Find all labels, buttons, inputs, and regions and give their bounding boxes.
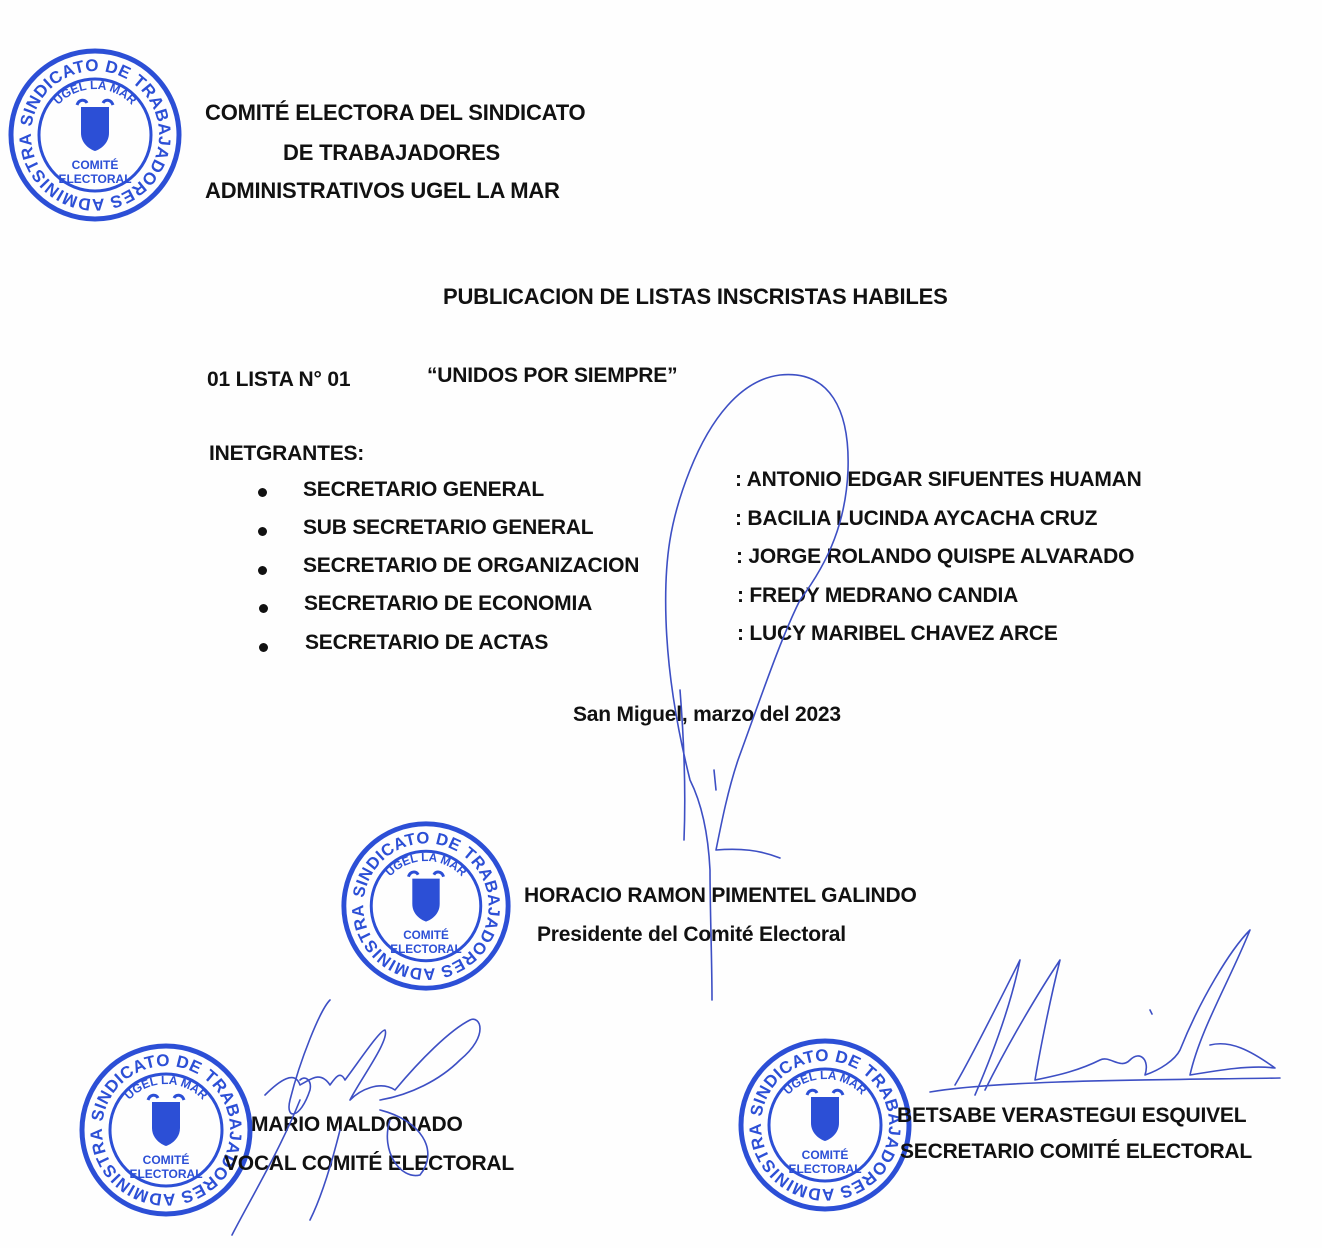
union-stamp-icon: SINDICATO DE TRABAJADORES ADMINISTRATIVO…	[338, 818, 514, 994]
member-role: SECRETARIO DE ORGANIZACION	[303, 554, 639, 578]
list-number: 01 LISTA N° 01	[207, 368, 350, 392]
header-line-2: DE TRABAJADORES	[283, 140, 500, 166]
member-name: : BACILIA LUCINDA AYCACHA CRUZ	[735, 507, 1097, 531]
secretary-name: BETSABE VERASTEGUI ESQUIVEL	[897, 1104, 1246, 1128]
svg-text:ELECTORAL: ELECTORAL	[390, 943, 461, 956]
vocal-title: VOCAL COMITÉ ELECTORAL	[224, 1152, 514, 1176]
svg-text:ELECTORAL: ELECTORAL	[788, 1162, 861, 1176]
document-page: SINDICATO DE TRABAJADORES ADMINISTRATIVO…	[0, 0, 1322, 1248]
member-name: : LUCY MARIBEL CHAVEZ ARCE	[737, 622, 1058, 646]
bullet-icon	[259, 643, 268, 652]
svg-text:ELECTORAL: ELECTORAL	[129, 1167, 202, 1181]
bullet-icon	[259, 604, 268, 613]
member-name: : JORGE ROLANDO QUISPE ALVARADO	[736, 545, 1134, 569]
member-name: : ANTONIO EDGAR SIFUENTES HUAMAN	[735, 468, 1142, 492]
member-role: SECRETARIO DE ECONOMIA	[304, 592, 592, 616]
bullet-icon	[258, 566, 267, 575]
union-stamp-icon: SINDICATO DE TRABAJADORES ADMINISTRATIVO…	[76, 1040, 256, 1220]
president-name: HORACIO RAMON PIMENTEL GALINDO	[524, 884, 917, 908]
place-date: San Miguel, marzo del 2023	[573, 703, 841, 727]
svg-text:COMITÉ: COMITÉ	[72, 157, 119, 172]
list-name: “UNIDOS POR SIEMPRE”	[427, 364, 677, 388]
vocal-name: MARIO MALDONADO	[251, 1113, 463, 1137]
header-line-3: ADMINISTRATIVOS UGEL LA MAR	[205, 178, 560, 204]
member-name: : FREDY MEDRANO CANDIA	[737, 584, 1018, 608]
secretary-title: SECRETARIO COMITÉ ELECTORAL	[900, 1140, 1252, 1164]
member-role: SUB SECRETARIO GENERAL	[303, 516, 593, 540]
secretary-signature-icon	[930, 930, 1280, 1095]
svg-text:COMITÉ: COMITÉ	[143, 1152, 190, 1167]
bullet-icon	[258, 488, 267, 497]
header-line-1: COMITÉ ELECTORA DEL SINDICATO	[205, 100, 585, 126]
union-stamp-icon: SINDICATO DE TRABAJADORES ADMINISTRATIVO…	[5, 45, 185, 225]
members-label: INETGRANTES:	[209, 442, 364, 466]
bullet-icon	[258, 527, 267, 536]
member-role: SECRETARIO DE ACTAS	[305, 631, 548, 655]
president-title: Presidente del Comité Electoral	[537, 923, 846, 947]
document-title: PUBLICACION DE LISTAS INSCRISTAS HABILES	[443, 284, 948, 310]
union-stamp-icon: SINDICATO DE TRABAJADORES ADMINISTRATIVO…	[735, 1035, 915, 1215]
member-role: SECRETARIO GENERAL	[303, 478, 544, 502]
svg-text:COMITÉ: COMITÉ	[802, 1147, 849, 1162]
svg-text:COMITÉ: COMITÉ	[403, 929, 449, 942]
svg-text:ELECTORAL: ELECTORAL	[58, 172, 131, 186]
